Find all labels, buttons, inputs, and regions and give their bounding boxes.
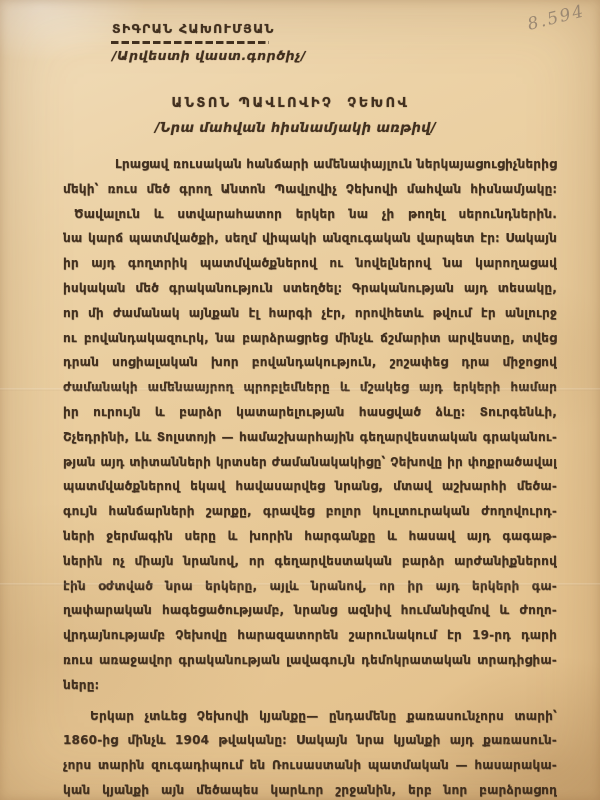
document-subtitle: /Նրա մահվան հիսնամյակի առթիվ/ [63, 121, 528, 136]
text-line: գույն հանճարների շարքը, գրավեց բոլոր կու… [63, 499, 557, 524]
underline-dashes [111, 41, 269, 44]
text-line: 1860-ից մինչև 1904 թվականը։ Սակայն նրա կ… [63, 728, 557, 753]
text-line: էին օժտված նրա երկերը, այլև նրանով, որ ի… [63, 574, 557, 599]
text-line: դրան սոցիալական խոր բովանդակություն, շոշ… [63, 350, 557, 375]
paragraph: Ծավալուն և ստվարահատոր երկեր նա չի թողել… [63, 202, 557, 698]
text-line: իսկական մեծ գրականություն ստեղծել։ Գրակա… [63, 276, 557, 301]
text-line: Ծավալուն և ստվարահատոր երկեր նա չի թողել… [63, 202, 557, 227]
text-line: Երկար չտևեց Չեխովի կյանքը— ընդամենը քառա… [63, 704, 557, 729]
text-line: Լրացավ ռուսական հանճարի ամենափայլուն ներ… [63, 152, 557, 177]
text-line: պատմվածքներով եկավ հավասարվեց նրանց, մտա… [63, 474, 557, 499]
text-line: իր այդ գողտրիկ պատմվածքներով ու նովելներ… [63, 251, 557, 276]
text-line: վրդայնությամբ Չեխովը հարազատորեն շարունա… [63, 623, 557, 648]
text-line: ղափարական հագեցածությամբ, նրանց ազնիվ հո… [63, 598, 557, 623]
author-name: ՏԻԳՐԱՆ ՀԱԽՈՒՄՅԱՆ [112, 21, 275, 36]
text-line: ժամանակի ամենաայրող պրոբլեմները և մշակեց… [63, 375, 557, 400]
text-line: ների ջերմագին սերը և խորին հարգանքը և հա… [63, 524, 557, 549]
text-line: Շչեդրինի, Լև Տոլստոյի — համաշխարհային գե… [63, 425, 557, 450]
text-line: որ մի ժամանակ այնքան էլ հարգի չէր, որովհ… [63, 301, 557, 326]
handwritten-archive-number: 8.594 [526, 1, 588, 35]
text-line: ները։ [63, 673, 557, 698]
paragraph: Երկար չտևեց Չեխովի կյանքը— ընդամենը քառա… [63, 704, 557, 800]
document-title: ԱՆՏՈՆ ՊԱՎԼՈՎԻՉ ՉԵԽՈՎ [63, 96, 518, 111]
author-title: /Արվեստի վաստ.գործիչ/ [112, 48, 306, 63]
text-line: իր ուրույն և բարձր կատարելության հասցված… [63, 400, 557, 425]
text-line: չորս տարին զուգադիպում են Ռուսաստանի պատ… [63, 753, 557, 778]
text-line: կան կյանքի այն մեծապես կարևոր շրջանին, ե… [63, 778, 557, 800]
text-line: ռուս առաջավոր գրականության լավագույն դեմ… [63, 648, 557, 673]
text-line: թյան այդ տիտանների կրտսեր ժամանակակիցը՝ … [63, 450, 557, 475]
document-body: Լրացավ ռուսական հանճարի ամենափայլուն ներ… [63, 152, 557, 800]
text-line: ու բովանդակազուրկ, նա բարձրացրեց մինչև ճ… [63, 326, 557, 351]
document-page: 8.594 ՏԻԳՐԱՆ ՀԱԽՈՒՄՅԱՆ /Արվեստի վաստ.գոր… [0, 0, 600, 800]
text-line: մեկի՝ ռուս մեծ գրող Անտոն Պավլովիչ Չեխով… [63, 177, 557, 202]
text-line: նա կարճ պատմվածքի, սեղմ վիպակի անզուգակա… [63, 226, 557, 251]
paragraph: Լրացավ ռուսական հանճարի ամենափայլուն ներ… [63, 152, 557, 202]
text-line: ներին ոչ միայն նրանով, որ գեղարվեստական … [63, 549, 557, 574]
